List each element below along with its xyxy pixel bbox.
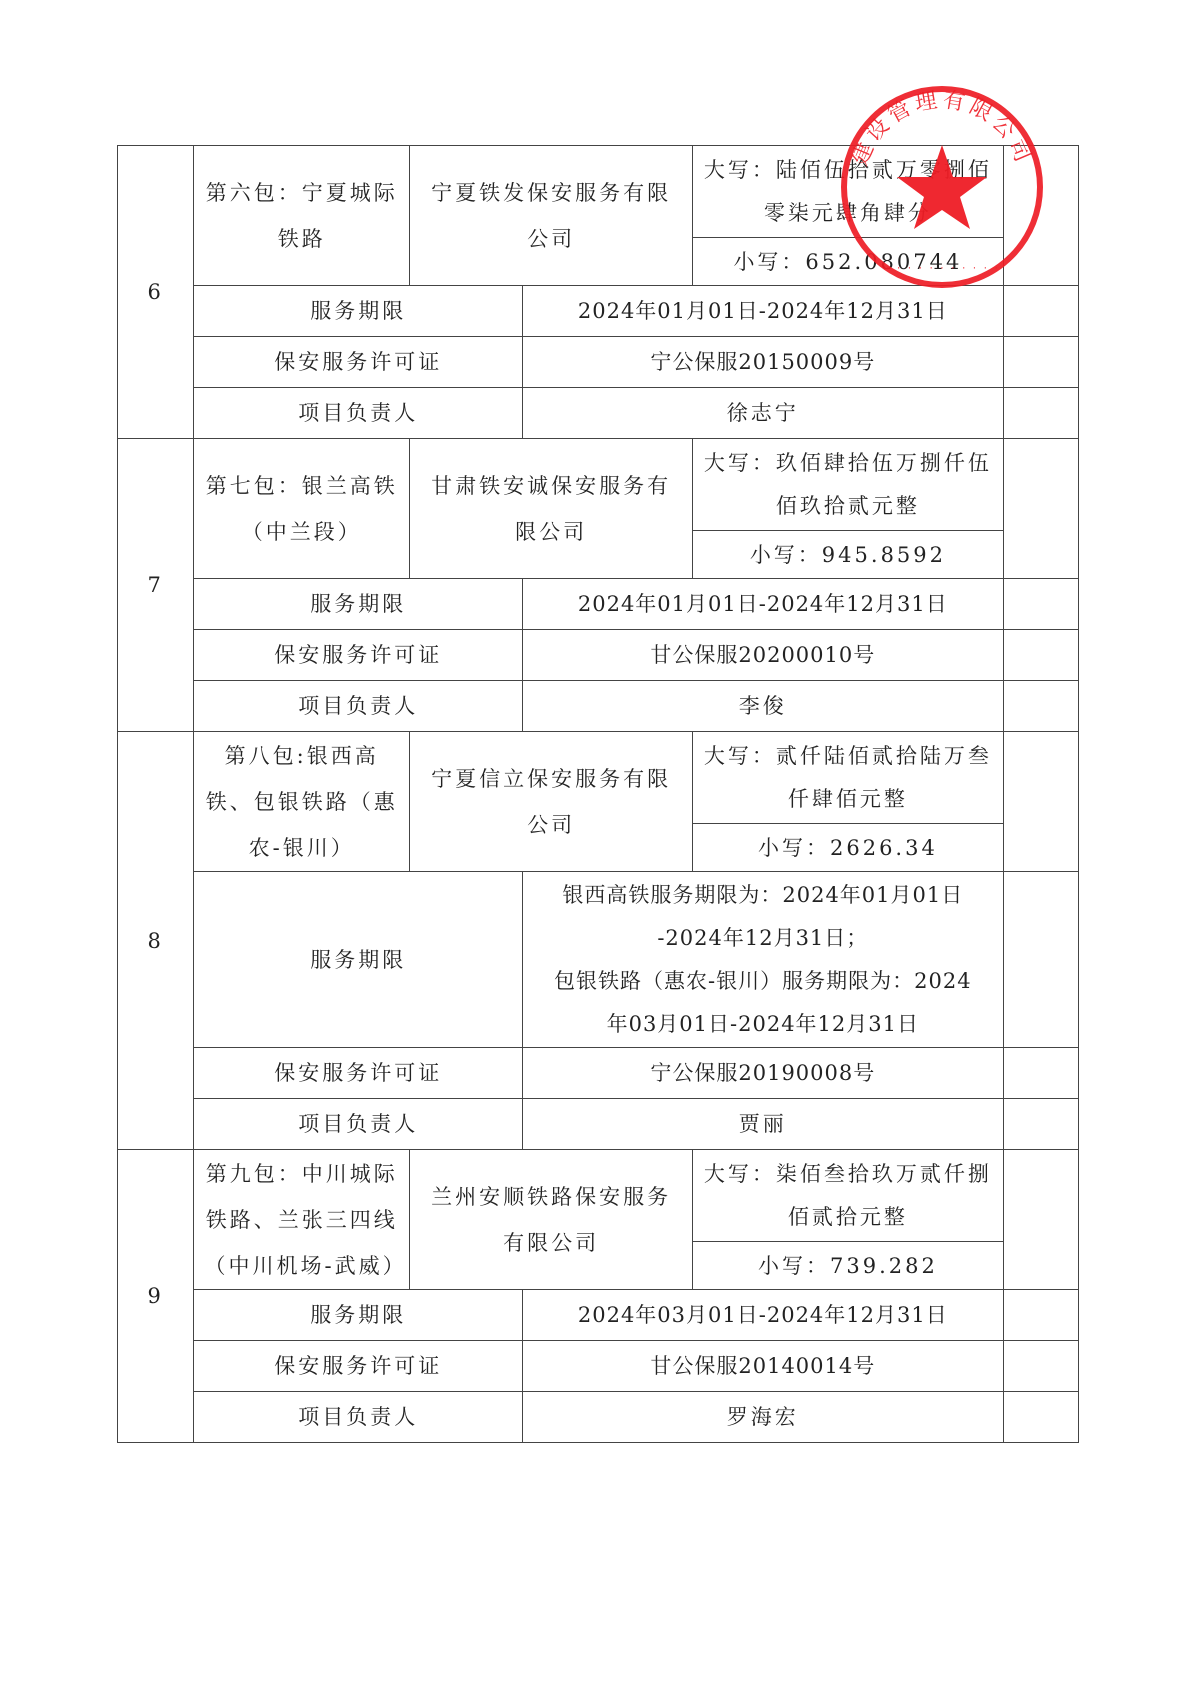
table-row: 服务期限 银西高铁服务期限为：2024年01月01日 -2024年12月31日；… (118, 872, 1079, 1048)
table-row: 服务期限 2024年03月01日-2024年12月31日 (118, 1290, 1079, 1341)
blank-cell (1003, 732, 1078, 872)
package-name: 第八包:银西高铁、包银铁路（惠农-银川） (194, 732, 409, 872)
service-period-line: 包银铁路（惠农-银川）服务期限为：2024 (533, 960, 992, 1003)
license-label: 保安服务许可证 (194, 630, 523, 681)
row-index: 6 (118, 146, 194, 439)
table-row: 项目负责人 贾丽 (118, 1099, 1079, 1150)
manager-name: 罗海宏 (523, 1392, 1003, 1443)
license-label: 保安服务许可证 (194, 1048, 523, 1099)
amount-upper: 大写：柒佰叁拾玖万贰仟捌佰贰拾元整 (693, 1150, 1003, 1242)
amount-upper: 大写：玖佰肆拾伍万捌仟伍佰玖拾贰元整 (693, 439, 1003, 531)
amount-lower: 小写：945.8592 (693, 531, 1003, 579)
blank-cell (1003, 681, 1078, 732)
amount-lower: 小写：2626.34 (693, 824, 1003, 872)
blank-cell (1003, 1392, 1078, 1443)
service-period-label: 服务期限 (194, 286, 523, 337)
table-row: 保安服务许可证 宁公保服20150009号 (118, 337, 1079, 388)
manager-name: 贾丽 (523, 1099, 1003, 1150)
document-page: 6 第六包：宁夏城际铁路 宁夏铁发保安服务有限公司 大写：陆佰伍拾贰万零捌佰零柒… (0, 0, 1190, 1684)
row-index: 9 (118, 1150, 194, 1443)
blank-cell (1003, 872, 1078, 1048)
package-name: 第六包：宁夏城际铁路 (194, 146, 409, 286)
blank-cell (1003, 388, 1078, 439)
service-period-label: 服务期限 (194, 579, 523, 630)
package-name: 第九包：中川城际铁路、兰张三四线（中川机场-武威） (194, 1150, 409, 1290)
blank-cell (1003, 579, 1078, 630)
table-row: 9 第九包：中川城际铁路、兰张三四线（中川机场-武威） 兰州安顺铁路保安服务有限… (118, 1150, 1079, 1242)
blank-cell (1003, 1099, 1078, 1150)
blank-cell (1003, 1341, 1078, 1392)
manager-label: 项目负责人 (194, 388, 523, 439)
supplier-name: 甘肃铁安诚保安服务有限公司 (409, 439, 692, 579)
manager-name: 李俊 (523, 681, 1003, 732)
blank-cell (1003, 630, 1078, 681)
service-period-label: 服务期限 (194, 1290, 523, 1341)
service-period-multiline: 银西高铁服务期限为：2024年01月01日 -2024年12月31日； 包银铁路… (523, 872, 1003, 1048)
manager-label: 项目负责人 (194, 681, 523, 732)
table-row: 项目负责人 罗海宏 (118, 1392, 1079, 1443)
amount-upper: 大写：陆佰伍拾贰万零捌佰零柒元肆角肆分 (693, 146, 1003, 238)
amount-lower: 小写：652.080744 (693, 238, 1003, 286)
service-period-line: -2024年12月31日； (533, 917, 992, 960)
amount-lower: 小写：739.282 (693, 1242, 1003, 1290)
table-row: 服务期限 2024年01月01日-2024年12月31日 (118, 579, 1079, 630)
license-label: 保安服务许可证 (194, 1341, 523, 1392)
table-row: 服务期限 2024年01月01日-2024年12月31日 (118, 286, 1079, 337)
blank-cell (1003, 146, 1078, 286)
package-name: 第七包：银兰高铁（中兰段） (194, 439, 409, 579)
blank-cell (1003, 1150, 1078, 1290)
service-period: 2024年01月01日-2024年12月31日 (523, 579, 1003, 630)
table-row: 项目负责人 徐志宁 (118, 388, 1079, 439)
blank-cell (1003, 439, 1078, 579)
manager-label: 项目负责人 (194, 1099, 523, 1150)
service-period-line: 年03月01日-2024年12月31日 (533, 1003, 992, 1046)
table-row: 项目负责人 李俊 (118, 681, 1079, 732)
license-number: 宁公保服20150009号 (523, 337, 1003, 388)
table-row: 8 第八包:银西高铁、包银铁路（惠农-银川） 宁夏信立保安服务有限公司 大写：贰… (118, 732, 1079, 824)
service-period-label: 服务期限 (194, 872, 523, 1048)
blank-cell (1003, 1048, 1078, 1099)
row-index: 8 (118, 732, 194, 1150)
manager-name: 徐志宁 (523, 388, 1003, 439)
service-period: 2024年01月01日-2024年12月31日 (523, 286, 1003, 337)
license-number: 甘公保服20200010号 (523, 630, 1003, 681)
service-period-line: 银西高铁服务期限为：2024年01月01日 (533, 874, 992, 917)
service-period: 2024年03月01日-2024年12月31日 (523, 1290, 1003, 1341)
table-row: 保安服务许可证 宁公保服20190008号 (118, 1048, 1079, 1099)
supplier-name: 宁夏铁发保安服务有限公司 (409, 146, 692, 286)
table-row: 6 第六包：宁夏城际铁路 宁夏铁发保安服务有限公司 大写：陆佰伍拾贰万零捌佰零柒… (118, 146, 1079, 238)
blank-cell (1003, 1290, 1078, 1341)
blank-cell (1003, 286, 1078, 337)
amount-upper: 大写：贰仟陆佰贰拾陆万叁仟肆佰元整 (693, 732, 1003, 824)
table-row: 7 第七包：银兰高铁（中兰段） 甘肃铁安诚保安服务有限公司 大写：玖佰肆拾伍万捌… (118, 439, 1079, 531)
blank-cell (1003, 337, 1078, 388)
license-number: 甘公保服20140014号 (523, 1341, 1003, 1392)
manager-label: 项目负责人 (194, 1392, 523, 1443)
table-row: 保安服务许可证 甘公保服20200010号 (118, 630, 1079, 681)
table-row: 保安服务许可证 甘公保服20140014号 (118, 1341, 1079, 1392)
supplier-name: 兰州安顺铁路保安服务有限公司 (409, 1150, 692, 1290)
license-label: 保安服务许可证 (194, 337, 523, 388)
row-index: 7 (118, 439, 194, 732)
license-number: 宁公保服20190008号 (523, 1048, 1003, 1099)
award-table: 6 第六包：宁夏城际铁路 宁夏铁发保安服务有限公司 大写：陆佰伍拾贰万零捌佰零柒… (117, 145, 1079, 1443)
supplier-name: 宁夏信立保安服务有限公司 (409, 732, 692, 872)
